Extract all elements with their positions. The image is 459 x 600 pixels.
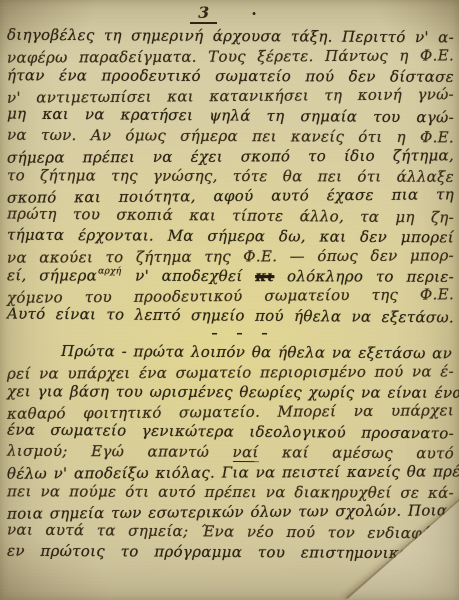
- section-separator: – – –: [183, 327, 303, 341]
- handwriting-line: ναι αυτά τα σημεία; Ένα νέο πού τον ενδι…: [7, 520, 454, 544]
- handwriting-line: τήματα έρχονται. Μα σήμερα δω, και δεν μ…: [7, 225, 454, 248]
- text-segment: ολόκληρο το περιε-: [274, 267, 454, 286]
- handwriting-line: το ζήτημα της γνώσης, τότε θα πει ότι άλ…: [7, 165, 454, 187]
- manuscript-page: 3. διηγοβέλες τη σημερινή άρχουσα τάξη. …: [0, 0, 459, 600]
- page-number: 3: [190, 3, 217, 24]
- text-segment: ν' αποδεχθεί: [122, 267, 255, 285]
- paragraph-1: διηγοβέλες τη σημερινή άρχουσα τάξη. Περ…: [7, 26, 454, 326]
- text-segment: λισμού; Εγώ απαντώ: [7, 442, 233, 461]
- handwriting-line: χει για βάση του ωρισμένες θεωρίες χωρίς…: [7, 381, 454, 403]
- handwriting-line: διηγοβέλες τη σημερινή άρχουσα τάξη. Περ…: [7, 25, 454, 48]
- handwriting-line: να των. Αν όμως σήμερα πει κανείς ότι η …: [7, 125, 454, 148]
- handwriting-line: εί, σήμερααρχή ν' αποδεχθεί κι ολόκληρο …: [7, 265, 454, 287]
- handwriting-line: ήταν ένα προοδευτικό σωματείο πού δεν δί…: [7, 65, 454, 87]
- handwriting-line: να ακούει το ζήτημα της Φ.Ε. — όπως δεν …: [7, 245, 454, 267]
- handwriting-line: ρεί να υπάρχει ένα σωματείο περιορισμένο…: [7, 361, 454, 383]
- handwriting-line: ένα σωματείο γενικώτερα ιδεολογικού προσ…: [7, 420, 454, 444]
- handwriting-line: πει να πούμε ότι αυτό πρέπει να διακηρυχ…: [7, 481, 454, 503]
- text-segment: καί αμέσως αυτό: [259, 443, 455, 462]
- text-segment: εί, σήμερα: [7, 266, 97, 284]
- struck-word: κι: [255, 267, 274, 285]
- underlined-word: ναί: [233, 443, 259, 462]
- page-number-dot: .: [251, 0, 257, 19]
- handwriting-line: μη και να κρατήσει ψηλά τη σημαία του αγ…: [7, 104, 454, 128]
- handwriting-line: σήμερα πρέπει να έχει σκοπό το ίδιο ζήτη…: [7, 145, 454, 167]
- handwriting-line: Πρώτα - πρώτα λοιπόν θα ήθελα να εξετάσω…: [7, 341, 454, 364]
- inserted-word: αρχή: [98, 262, 121, 282]
- handwriting-line: πρώτη του σκοπιά και τίποτε άλλο, τα μη …: [7, 204, 454, 228]
- paragraph-2: Πρώτα - πρώτα λοιπόν θα ήθελα να εξετάσω…: [7, 342, 454, 562]
- handwriting-line: ναφέρω παραδείγματα. Τους ξέρετε. Πάντως…: [7, 45, 454, 67]
- handwriting-line: λισμού; Εγώ απαντώ ναί καί αμέσως αυτό: [7, 441, 454, 464]
- handwriting-line: Αυτό είναι το λεπτό σημείο πού ήθελα να …: [7, 304, 454, 328]
- page-header: 3.: [0, 3, 459, 24]
- handwriting-line: θέλω ν' αποδείξω κιόλας. Για να πειστεί …: [7, 461, 454, 483]
